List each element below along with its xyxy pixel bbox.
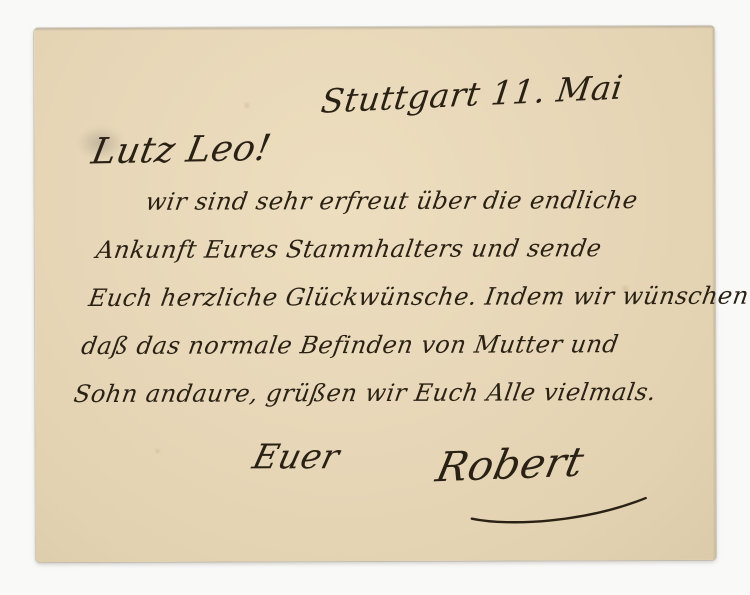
body-line: Ankunft Eures Stammhalters und sende: [93, 224, 750, 274]
paper-foxing-spot: [154, 448, 162, 455]
handwritten-closing: Euer: [249, 437, 344, 477]
handwritten-greeting: Lutz Leo!: [88, 128, 274, 173]
paper-foxing-spot: [242, 101, 251, 109]
handwritten-dateline: Stuttgart 11. Mai: [319, 68, 625, 121]
handwritten-signature: Robert: [432, 438, 588, 492]
photo-background: Stuttgart 11. Mai Lutz Leo! wir sind seh…: [0, 0, 750, 595]
body-line: Sohn andaure, grüßen wir Euch Alle vielm…: [70, 368, 737, 418]
card-top-edge: [34, 26, 714, 31]
body-line: daß das normale Befinden von Mutter und: [78, 320, 745, 370]
body-line: Euch herzliche Glückwünsche. Indem wir w…: [85, 272, 750, 322]
signature-flourish: [468, 494, 654, 527]
body-line: wir sind sehr erfreut über die endliche: [100, 176, 750, 226]
note-card: Stuttgart 11. Mai Lutz Leo! wir sind seh…: [34, 26, 716, 562]
handwritten-body: wir sind sehr erfreut über die endliche …: [70, 176, 750, 418]
